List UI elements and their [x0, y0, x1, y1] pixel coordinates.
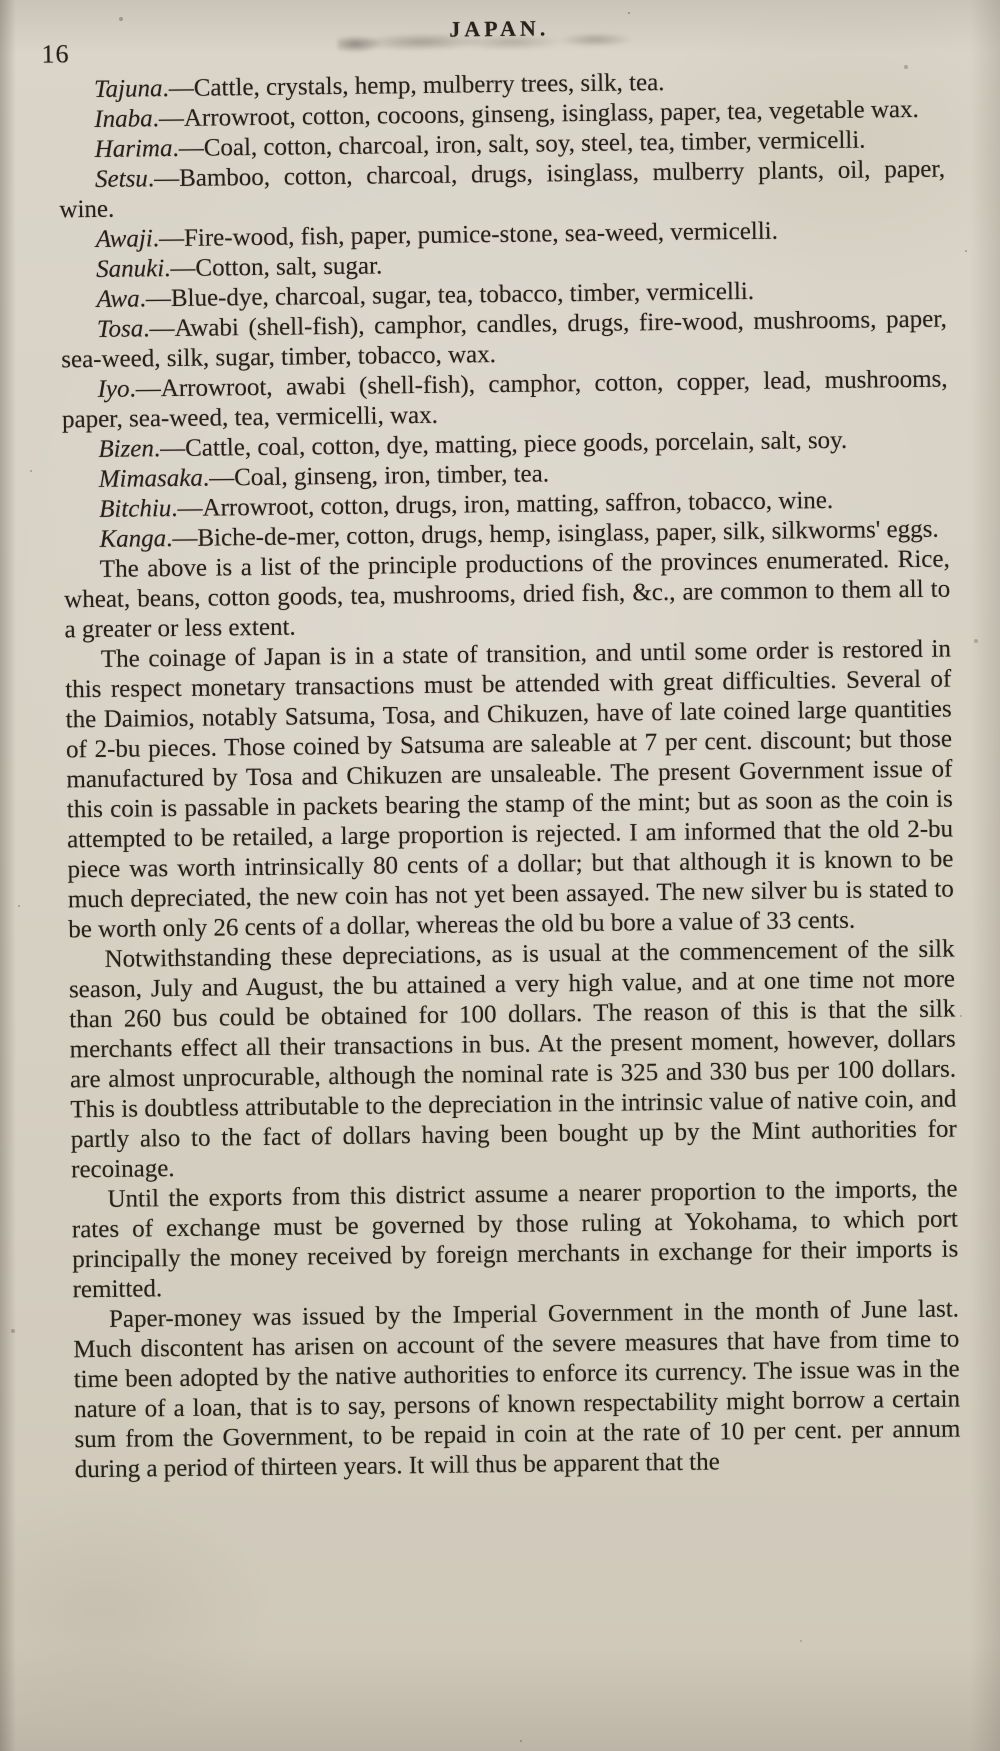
province-products: Fire-wood, fish, paper, pumice-stone, se…	[184, 218, 778, 252]
province-name: Tajuna	[94, 75, 163, 103]
province-name: Iyo	[97, 376, 129, 403]
province-name: Awaji	[96, 225, 153, 253]
body-paragraph: Until the exports from this district ass…	[71, 1174, 958, 1305]
province-products: Bamboo, cotton, charcoal, drugs, isingla…	[59, 156, 945, 224]
province-entry: Tosa.—Awabi (shell-fish), camphor, candl…	[61, 305, 948, 376]
separator-dash: .—	[148, 165, 180, 192]
body-paragraph: The above is a list of the principle pro…	[64, 545, 951, 646]
separator-dash: .—	[162, 75, 194, 102]
province-name: Sanuki	[96, 255, 164, 283]
province-name: Setsu	[95, 165, 148, 193]
separator-dash: .—	[203, 464, 235, 491]
paper-specks	[0, 0, 2, 2]
separator-dash: .—	[143, 315, 175, 342]
separator-dash: .—	[153, 225, 185, 252]
scanned-text-block: 16 JAPAN. Tajuna.—Cattle, crystals, hemp…	[0, 0, 1000, 1486]
province-name: Mimasaka	[99, 465, 203, 493]
body-text: Tajuna.—Cattle, crystals, hemp, mulberry…	[0, 0, 1000, 1486]
separator-dash: .—	[153, 105, 185, 132]
separator-dash: .—	[171, 495, 203, 522]
body-paragraph: Paper-money was issued by the Imperial G…	[73, 1294, 961, 1485]
province-name: Tosa	[97, 315, 144, 343]
province-products: Awabi (shell-fish), camphor, candles, dr…	[61, 306, 947, 374]
separator-dash: .—	[129, 375, 161, 402]
province-name: Inaba	[94, 105, 153, 133]
separator-dash: .—	[139, 285, 171, 312]
body-paragraph: Notwithstanding these depreciations, as …	[68, 935, 957, 1186]
province-name: Harima	[95, 135, 173, 163]
province-products: Coal, ginseng, iron, timber, tea.	[234, 460, 549, 491]
ink-smudge	[337, 26, 637, 56]
separator-dash: .—	[164, 255, 196, 282]
province-products: Blue-dye, charcoal, sugar, tea, tobacco,…	[171, 278, 754, 312]
separator-dash: .—	[154, 435, 186, 462]
body-paragraph: The coinage of Japan is in a state of tr…	[65, 635, 955, 946]
province-products: Cattle, crystals, hemp, mulberry trees, …	[194, 69, 665, 102]
book-page: 16 JAPAN. Tajuna.—Cattle, crystals, hemp…	[0, 0, 1000, 1751]
province-products: Arrowroot, awabi (shell-fish), camphor, …	[62, 366, 948, 434]
province-name: Awa	[96, 285, 139, 313]
separator-dash: .—	[166, 525, 198, 552]
province-name: Bizen	[98, 435, 154, 463]
separator-dash: .—	[172, 135, 204, 162]
province-entry: Iyo.—Arrowroot, awabi (shell-fish), camp…	[61, 365, 948, 436]
province-products: Cattle, coal, cotton, dye, matting, piec…	[185, 427, 847, 462]
province-entry: Setsu.—Bamboo, cotton, charcoal, drugs, …	[59, 155, 946, 226]
province-name: Kanga	[99, 525, 166, 553]
province-products: Cotton, salt, sugar.	[195, 252, 382, 281]
province-name: Bitchiu	[99, 495, 172, 523]
